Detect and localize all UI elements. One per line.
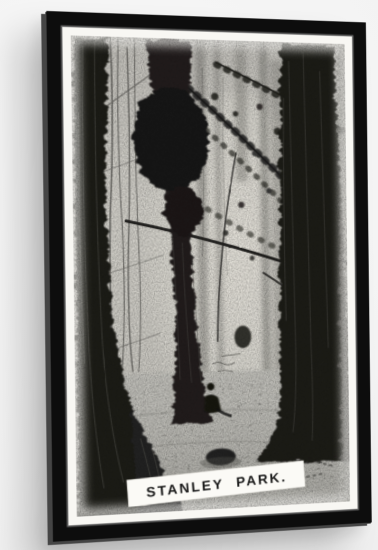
framed-print: STANLEY PARK. [46,11,371,542]
card-white-border: STANLEY PARK. [62,27,357,525]
film-grain [71,35,350,516]
stanley-park-photograph: STANLEY PARK. [71,35,350,516]
product-backdrop: STANLEY PARK. [0,0,378,550]
picture-frame: STANLEY PARK. [46,11,371,542]
